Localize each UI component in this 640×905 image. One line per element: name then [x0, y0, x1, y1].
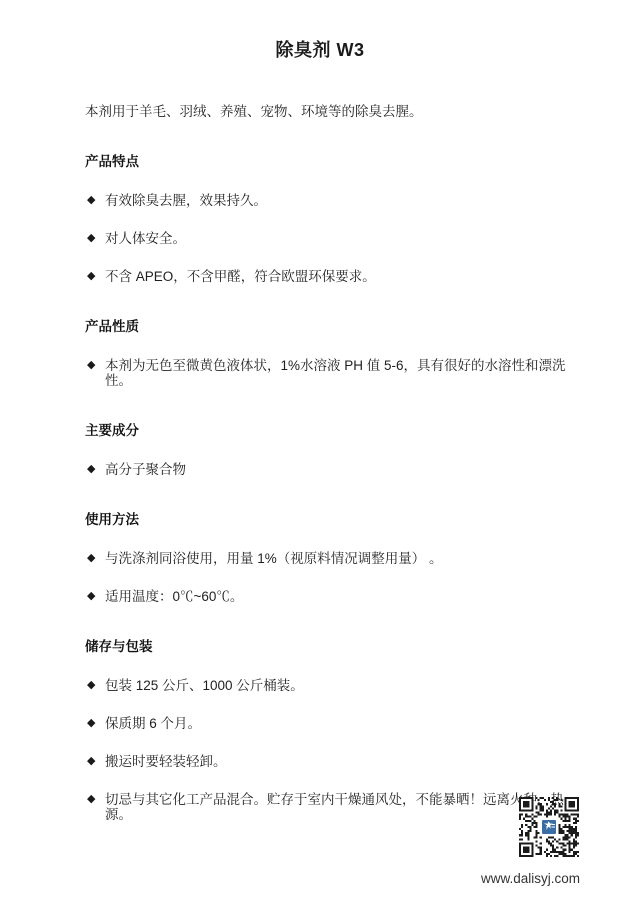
bullet-item: ◆高分子聚合物	[85, 462, 580, 477]
bullet-item: ◆不含 APEO，不含甲醛，符合欧盟环保要求。	[85, 269, 580, 284]
bullet-item: ◆搬运时要轻装轻卸。	[85, 754, 580, 769]
diamond-bullet-icon: ◆	[85, 792, 105, 807]
bullet-item: ◆有效除臭去腥，效果持久。	[85, 193, 580, 208]
footer: www.dalisyj.com	[480, 797, 580, 886]
section: 产品性质◆本剂为无色至微黄色液体状，1%水溶液 PH 值 5-6，具有很好的水溶…	[85, 315, 580, 388]
section: 主要成分◆高分子聚合物	[85, 419, 580, 477]
section-heading: 主要成分	[85, 419, 580, 439]
bullet-text: 包装 125 公斤、1000 公斤桶装。	[105, 678, 580, 693]
section: 产品特点◆有效除臭去腥，效果持久。◆对人体安全。◆不含 APEO，不含甲醛，符合…	[85, 150, 580, 284]
page-title: 除臭剂 W3	[0, 0, 640, 62]
bullet-item: ◆与洗涤剂同浴使用，用量 1%（视原料情况调整用量） 。	[85, 551, 580, 566]
diamond-bullet-icon: ◆	[85, 462, 105, 477]
bullet-item: ◆适用温度：0℃~60℃。	[85, 589, 580, 604]
section-heading: 储存与包装	[85, 635, 580, 655]
section-heading: 产品性质	[85, 315, 580, 335]
website-url: www.dalisyj.com	[480, 871, 580, 886]
bullet-text: 与洗涤剂同浴使用，用量 1%（视原料情况调整用量） 。	[105, 551, 580, 566]
bullet-item: ◆本剂为无色至微黄色液体状，1%水溶液 PH 值 5-6，具有很好的水溶性和漂洗…	[85, 358, 580, 388]
qr-code	[518, 797, 580, 857]
diamond-bullet-icon: ◆	[85, 551, 105, 566]
bullet-text: 搬运时要轻装轻卸。	[105, 754, 580, 769]
bullet-item: ◆包装 125 公斤、1000 公斤桶装。	[85, 678, 580, 693]
diamond-bullet-icon: ◆	[85, 716, 105, 731]
bullet-text: 保质期 6 个月。	[105, 716, 580, 731]
diamond-bullet-icon: ◆	[85, 193, 105, 208]
bullet-item: ◆保质期 6 个月。	[85, 716, 580, 731]
sections-container: 产品特点◆有效除臭去腥，效果持久。◆对人体安全。◆不含 APEO，不含甲醛，符合…	[85, 150, 580, 822]
section: 使用方法◆与洗涤剂同浴使用，用量 1%（视原料情况调整用量） 。◆适用温度：0℃…	[85, 508, 580, 604]
bullet-text: 对人体安全。	[105, 231, 580, 246]
document-body: 本剂用于羊毛、羽绒、养殖、宠物、环境等的除臭去腥。 产品特点◆有效除臭去腥，效果…	[85, 62, 580, 822]
bullet-item: ◆对人体安全。	[85, 231, 580, 246]
diamond-bullet-icon: ◆	[85, 358, 105, 373]
bullet-text: 不含 APEO，不含甲醛，符合欧盟环保要求。	[105, 269, 580, 284]
bullet-text: 适用温度：0℃~60℃。	[105, 589, 580, 604]
diamond-bullet-icon: ◆	[85, 754, 105, 769]
diamond-bullet-icon: ◆	[85, 269, 105, 284]
bullet-text: 高分子聚合物	[105, 462, 580, 477]
section: 储存与包装◆包装 125 公斤、1000 公斤桶装。◆保质期 6 个月。◆搬运时…	[85, 635, 580, 822]
bullet-text: 本剂为无色至微黄色液体状，1%水溶液 PH 值 5-6，具有很好的水溶性和漂洗性…	[105, 358, 580, 388]
intro-paragraph: 本剂用于羊毛、羽绒、养殖、宠物、环境等的除臭去腥。	[85, 104, 580, 119]
bullet-text: 有效除臭去腥，效果持久。	[105, 193, 580, 208]
diamond-bullet-icon: ◆	[85, 589, 105, 604]
section-heading: 使用方法	[85, 508, 580, 528]
document-page: 除臭剂 W3 本剂用于羊毛、羽绒、养殖、宠物、环境等的除臭去腥。 产品特点◆有效…	[0, 0, 640, 905]
qr-code-image	[518, 797, 580, 857]
diamond-bullet-icon: ◆	[85, 678, 105, 693]
section-heading: 产品特点	[85, 150, 580, 170]
diamond-bullet-icon: ◆	[85, 231, 105, 246]
